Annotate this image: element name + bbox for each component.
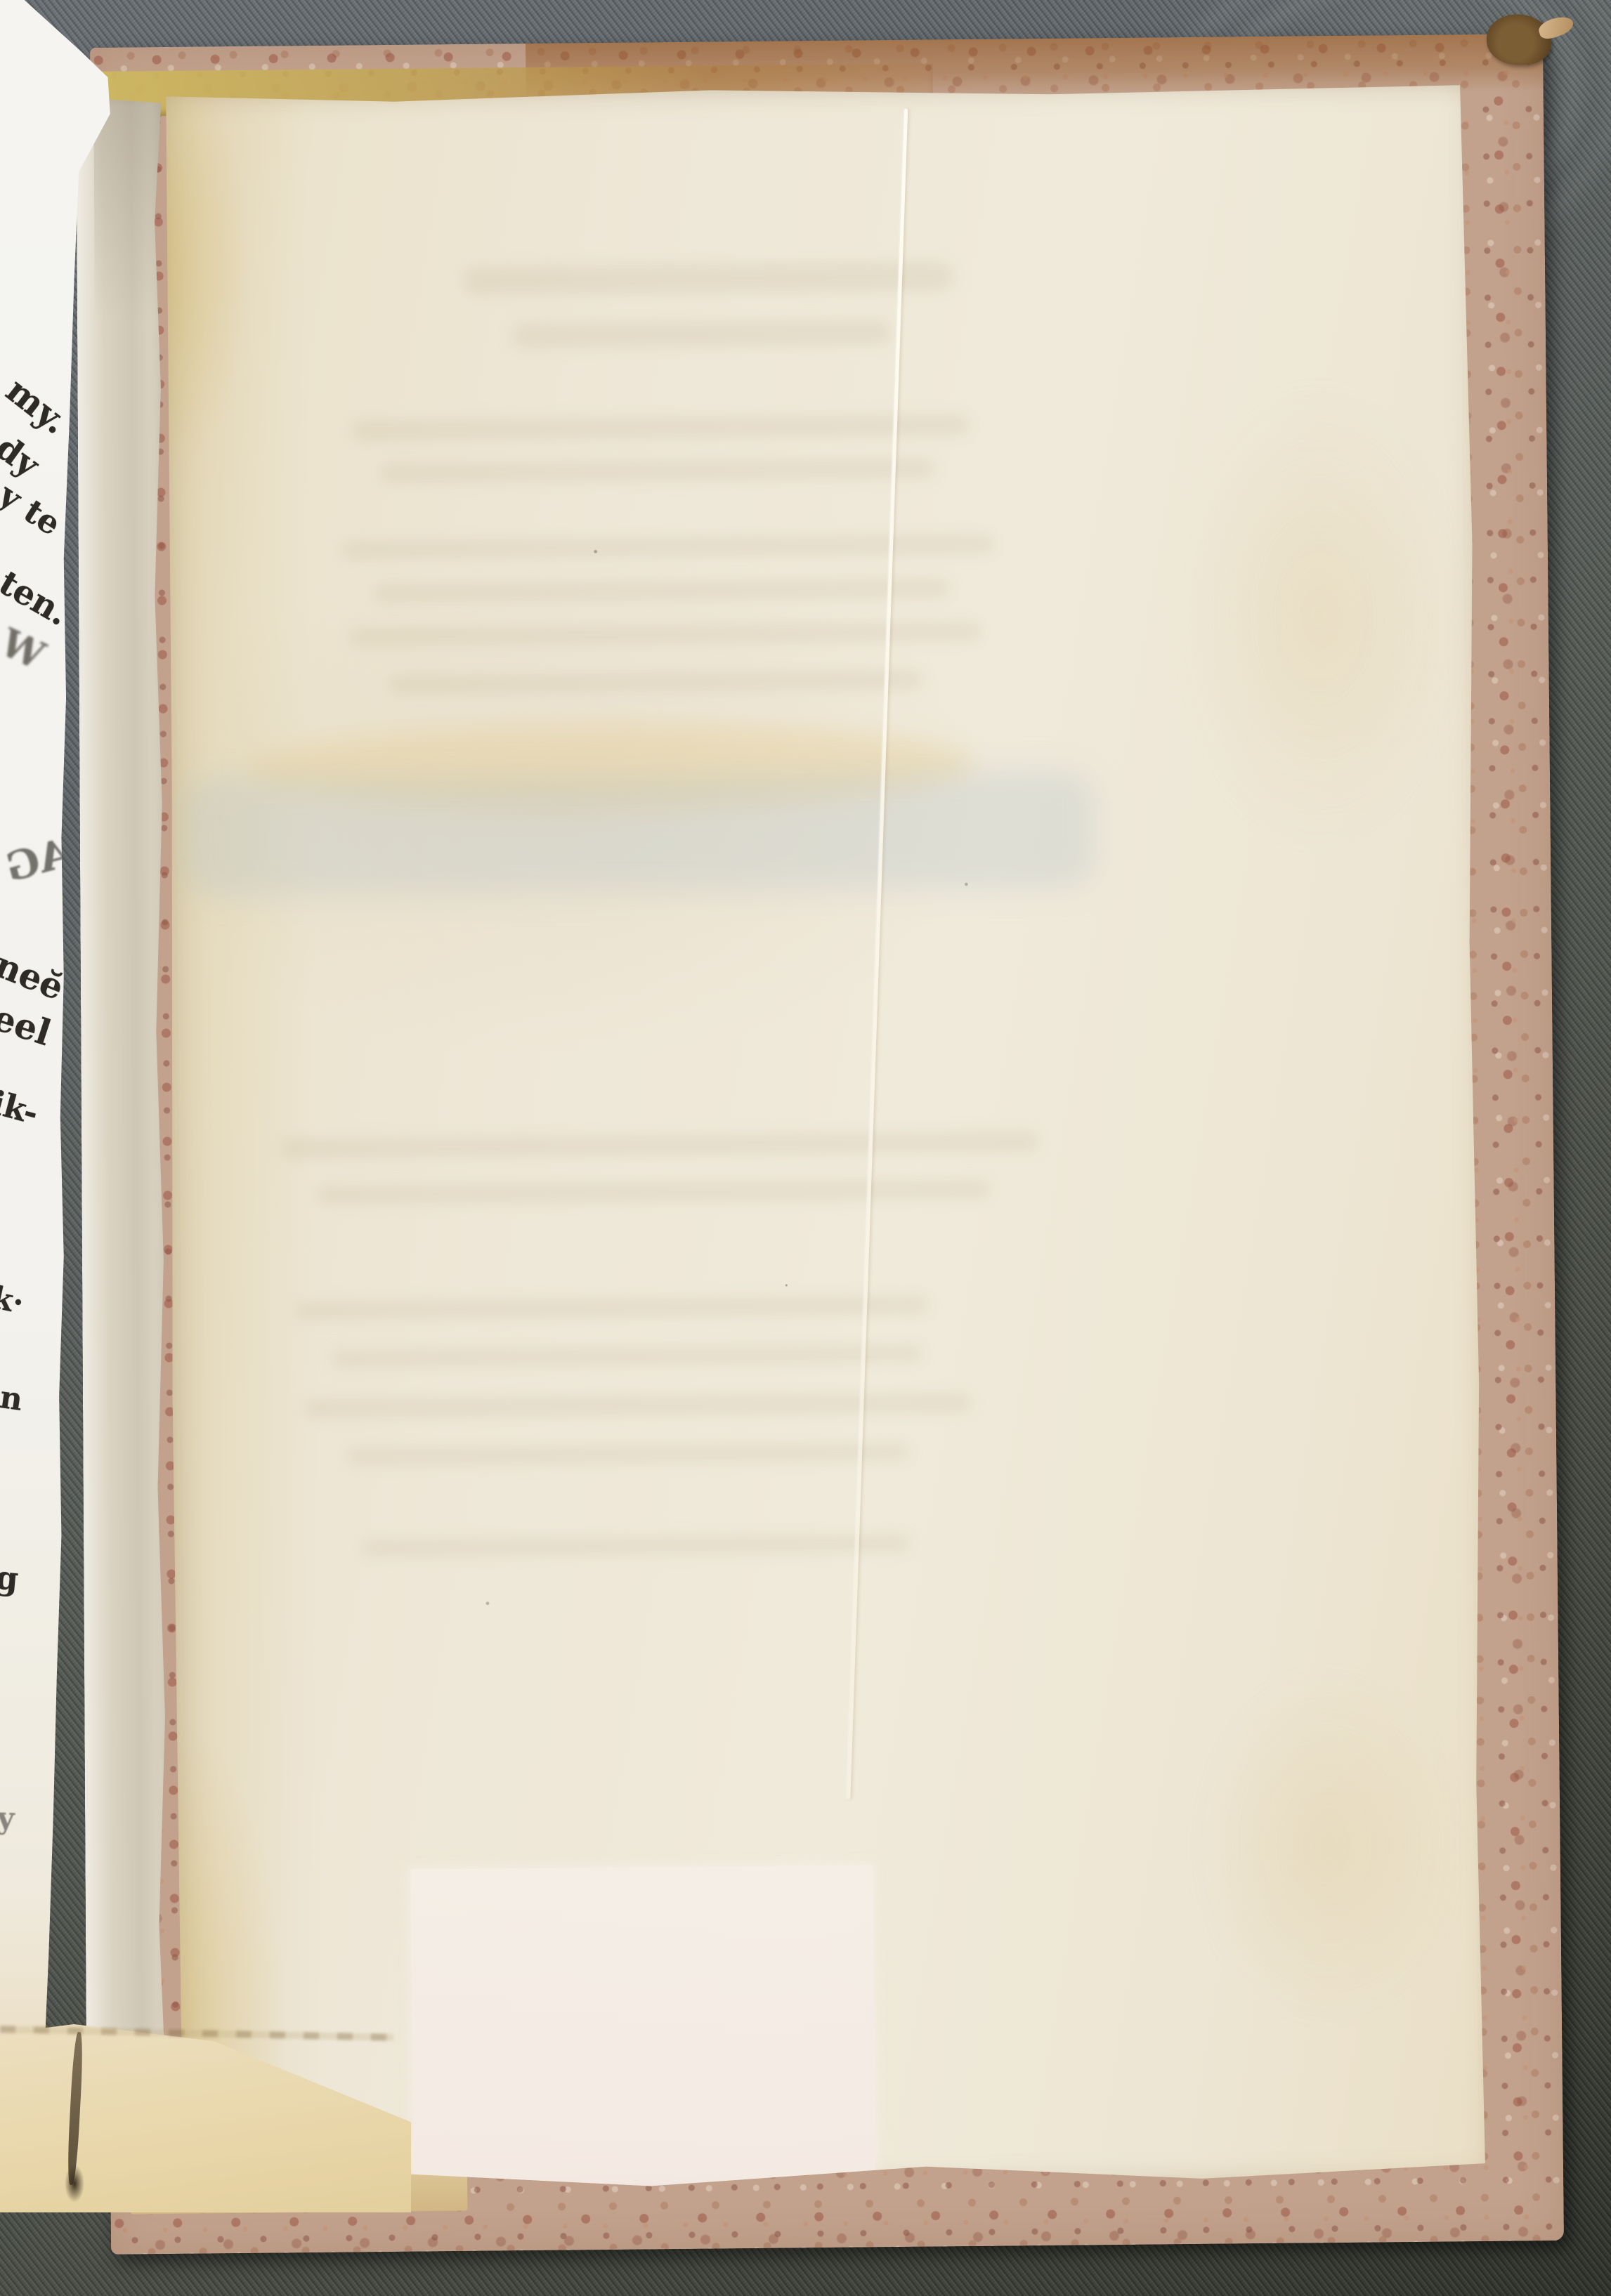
showthrough-smudge: [280, 1131, 1039, 1158]
showthrough-smudge: [296, 1296, 929, 1320]
text-fragment: neĕ: [0, 943, 70, 1008]
showthrough-smudge: [347, 1443, 909, 1466]
showthrough-smudge: [304, 1393, 972, 1418]
text-fragment: n: [0, 1379, 25, 1418]
repair-patch: [410, 1865, 875, 2193]
showthrough-smudge: [351, 414, 969, 441]
text-fragment: ik-: [0, 1083, 42, 1131]
stub-shadow: [93, 97, 165, 322]
showthrough-smudge: [341, 535, 995, 560]
showthrough-smudge: [389, 671, 922, 694]
text-fragment-faint: y: [0, 1801, 15, 1836]
right-edge-stain: [1166, 376, 1473, 856]
text-fragment: g: [0, 1559, 20, 1599]
text-fragment: y te: [0, 475, 67, 543]
text-fragment: dy: [0, 428, 46, 485]
showthrough-smudge: [511, 320, 891, 348]
showthrough-smudge: [362, 1535, 910, 1556]
showthrough-smudge: [462, 261, 953, 296]
showthrough-smudge: [332, 1345, 922, 1367]
text-fragment: k·: [0, 1280, 27, 1321]
showthrough-smudge: [374, 579, 950, 603]
text-fragment-showthrough: W: [0, 619, 51, 678]
showthrough-smudge: [379, 458, 934, 483]
showthrough-smudge: [316, 1180, 991, 1205]
gutter-crack-blob: [65, 2165, 84, 2203]
blank-flyleaf-page: [158, 81, 1491, 2195]
bottom-right-stain: [1185, 1661, 1470, 2029]
blue-gray-stain-band: [182, 769, 1097, 897]
photo-scene: my. dy y te ten. W AG neĕ eel ik- k· n g…: [0, 0, 1611, 2296]
